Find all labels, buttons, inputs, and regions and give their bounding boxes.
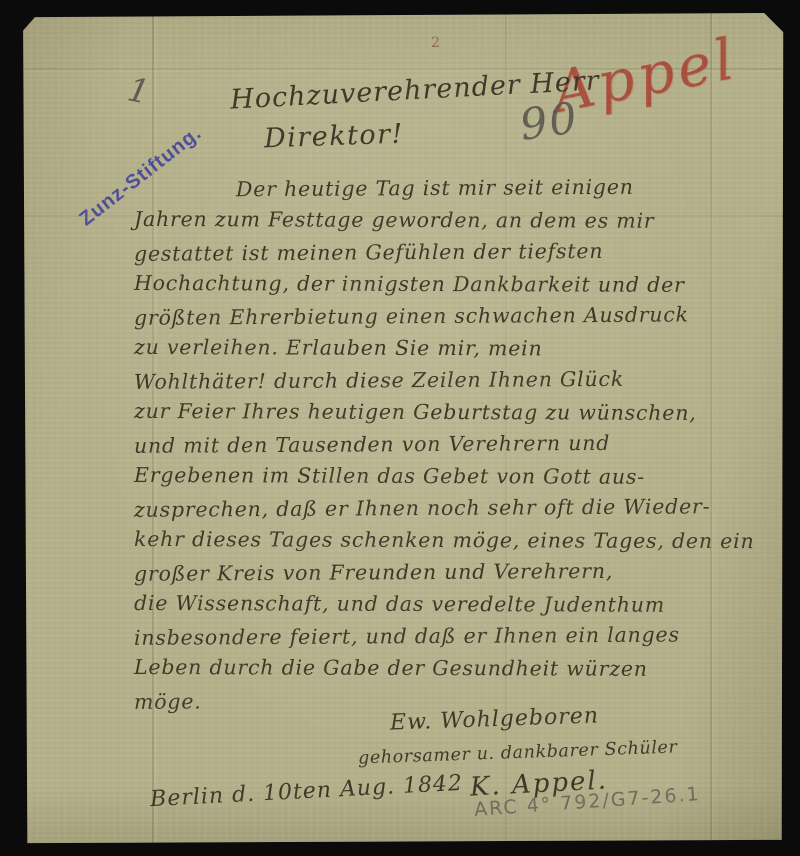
letter-body-line: Ergebenen im Stillen das Gebet von Gott … <box>134 459 734 493</box>
letter-body-line: zu verleihen. Erlauben Sie mir, mein <box>134 331 734 365</box>
letter-body: Der heutige Tag ist mir seit einigenJahr… <box>134 172 734 716</box>
letter-body-line: Wohlthäter! durch diese Zeilen Ihnen Glü… <box>134 362 734 398</box>
salutation-line-2: Direktor! <box>264 119 405 155</box>
letter-body-line: Der heutige Tag ist mir seit einigen <box>134 170 734 206</box>
letter-body-line: und mit den Tausenden von Verehrern und <box>134 426 734 462</box>
letter-body-line: zur Feier Ihres heutigen Geburtstag zu w… <box>134 395 734 429</box>
closing-line-2: gehorsamer u. dankbarer Schüler <box>358 737 678 768</box>
letter-body-line: insbesondere feiert, und daß er Ihnen ei… <box>134 618 734 654</box>
pencil-page-number: 1 <box>124 69 153 112</box>
pencil-number-90: 90 <box>517 93 582 151</box>
letter-body-line: großer Kreis von Freunden und Verehrern, <box>134 554 734 590</box>
letter-page: 1 2 Appel 90 Zunz-Stiftung. ARC 4° 792/G… <box>22 13 784 844</box>
letter-body-line: die Wissenschaft, und das veredelte Jude… <box>134 587 734 621</box>
tiny-number-mark: 2 <box>431 35 440 51</box>
letter-body-line: gestattet ist meinen Gefühlen der tiefst… <box>134 234 734 270</box>
letter-body-line: Leben durch die Gabe der Gesundheit würz… <box>134 651 734 685</box>
letter-body-line: Hochachtung, der innigsten Dankbarkeit u… <box>134 267 734 301</box>
letter-body-line: kehr dieses Tages schenken möge, eines T… <box>134 523 734 557</box>
letter-body-line: zusprechen, daß er Ihnen noch sehr oft d… <box>134 490 734 526</box>
scanner-background: 1 2 Appel 90 Zunz-Stiftung. ARC 4° 792/G… <box>0 0 800 856</box>
letter-body-line: größten Ehrerbietung einen schwachen Aus… <box>134 298 734 334</box>
letter-body-line: Jahren zum Festtage geworden, an dem es … <box>134 203 734 237</box>
dateline: Berlin d. 10ten Aug. 1842 <box>150 771 464 812</box>
